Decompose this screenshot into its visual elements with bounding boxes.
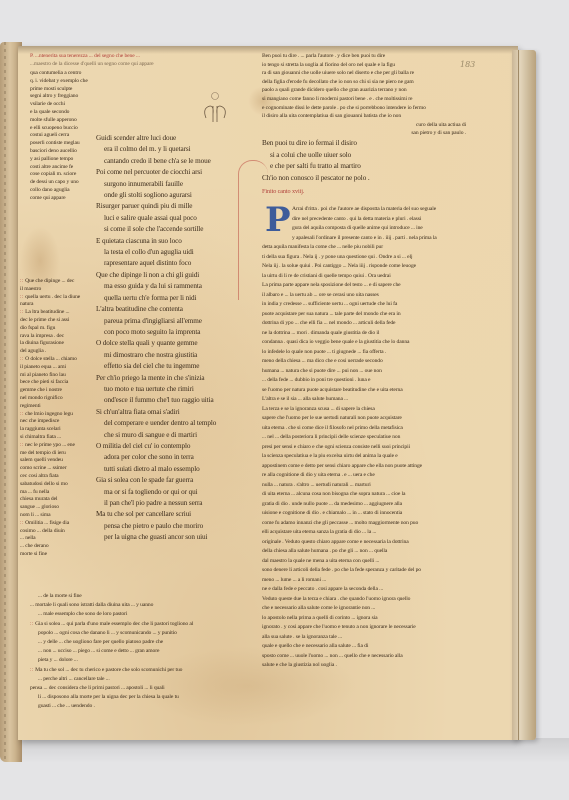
gloss-line: si chimaltra fiata ... — [20, 434, 98, 442]
gloss-line: il maestro — [20, 286, 98, 294]
commentary-line: lo infedele lo quale non puote ... ti gi… — [262, 348, 498, 358]
commentary-line: ra di san giouanni che uolle uiuere solo… — [262, 69, 498, 78]
gloss-line: salem quelli vendeu — [20, 457, 98, 465]
gloss-line: natura — [20, 301, 98, 309]
commentary-line: dal maestro la quale ne mena a uita eter… — [262, 557, 498, 567]
gloss-text: dec le prime che si assi — [20, 317, 69, 323]
commentary-line: che e necessario alla salute come le ign… — [262, 604, 498, 614]
gloss-line: qua contumelia a centro — [30, 70, 100, 78]
gloss-text: ... che derano — [20, 543, 49, 549]
gloss-line: como scrine ... ssimer — [20, 465, 98, 473]
commentary-line: dire nel precedente canto . qui la detta… — [262, 215, 498, 225]
gloss-line: chiesa murata del — [20, 496, 98, 504]
header-line: P. ...ntenerita sua tenerezza ... del se… — [30, 52, 260, 60]
gloss-line: ... che derano — [20, 543, 98, 551]
gloss-line: de dessi un capo y uno — [30, 179, 100, 187]
commentary-line: ne la dottrina ... mori . dimanda quale … — [262, 329, 498, 339]
commentary-line: ∷Gia si solea ... qui parla d'uno male e… — [30, 620, 250, 629]
commentary-text: pieta y ... dolore ... — [38, 657, 78, 663]
left-margin-gloss-top: qua contumelia a centroq. i. videbat y e… — [30, 70, 100, 203]
verse-line: mi dimostraro che nostra giustitia — [96, 350, 266, 361]
verse-line: e che per salti fu tratto al martiro — [262, 161, 442, 173]
gloss-line: nom li ... sima — [20, 512, 98, 520]
gloss-text: ma ... fu nella — [20, 489, 49, 495]
verse-line: ma or si fa togliendo or qui or qui — [96, 487, 266, 498]
gloss-text: morte si fine — [20, 551, 47, 557]
gloss-text: che lmio ingegno legu — [25, 411, 73, 417]
gloss-text: nel mondo rignifico — [20, 395, 63, 401]
commentary-line: ... male essemplo che sono de loro pasto… — [30, 610, 250, 619]
commentary-top: Ben puoi tu dire . ... parla l'autore . … — [262, 52, 498, 138]
verse-line: con poco moto seguito la imprenta — [96, 327, 266, 338]
commentary-line: si mangiano come fanno li moderni pastor… — [262, 95, 498, 104]
commentary-line: La terza e se la ignoranza scusa ... di … — [262, 405, 498, 415]
commentary-main: Arrai d'ritta . poi che l'autore ae disp… — [262, 205, 498, 671]
gloss-line: ma ... fu nella — [20, 489, 98, 497]
commentary-line: sono denere li articoli della fede . po … — [262, 566, 498, 576]
gloss-text: Omilitia ... fisige dia — [25, 520, 69, 526]
verse-line: che si muro di sangue e di martiri — [96, 430, 266, 441]
commentary-line: pieta y ... dolore ... — [30, 656, 250, 665]
commentary-line: detta aquila manifesta la come che ... n… — [262, 243, 498, 253]
commentary-line: Arrai d'ritta . poi che l'autore ae disp… — [262, 205, 498, 215]
gloss-text: sangue ... glorioso — [20, 504, 59, 510]
gloss-text: il pianeto equa ... ami — [20, 364, 66, 370]
commentary-line: se l'uomo per natura puote acquistare be… — [262, 386, 498, 396]
table-shadow — [0, 738, 569, 800]
commentary-text: ... de la morte si fine — [38, 593, 82, 599]
verse-line: tuo moto e tua uertute che rimiri — [96, 384, 266, 395]
header-lines: P. ...ntenerita sua tenerezza ... del se… — [30, 52, 260, 68]
gloss-text: dio fspal m. figu — [20, 325, 55, 331]
verse-line: il pan che'l pio padre a nessun serra — [96, 498, 266, 509]
commentary-text: ... mortale li quali sono istratti dalla… — [30, 602, 153, 608]
gloss-line: e elli scuopeno buccio — [30, 125, 100, 133]
gloss-line: collo dano aguglia — [30, 187, 100, 195]
commentary-text: popolo ... ogni cosa che danano li ... y… — [38, 630, 177, 636]
commentary-line: originale . Veduto questo chiaro appare … — [262, 538, 498, 548]
verse-line: pareua prima d'ingigliarsi all'emme — [96, 316, 266, 327]
paragraph-marker-icon: ∷ — [30, 668, 33, 673]
gloss-text: la raggiunta scelari — [20, 426, 61, 432]
commentary-line: presi per sensi e chiaro e che ogni scie… — [262, 443, 498, 453]
commentary-line: L'altra e se il sia ... alla salute huma… — [262, 395, 498, 405]
paragraph-marker-icon: ∷ — [20, 279, 23, 284]
commentary-line: appostinem come e detto per sensi chiaro… — [262, 462, 498, 472]
gloss-line: costi altre ancime fe — [30, 164, 100, 172]
verse-line: adora per color che sono in terra — [96, 452, 266, 463]
commentary-line: y apalesali l'ordinare il presente canto… — [262, 234, 498, 244]
commentary-line: lo apostolo nella prima a quelli di cori… — [262, 614, 498, 624]
verse-line: Guidi scender altre luci doue — [96, 133, 266, 144]
verse-line: si a colui che uolle uiuer solo — [262, 150, 442, 162]
commentary-line: san pietro y di san paulo . — [262, 129, 498, 138]
gloss-line: cose copiali m. sciore — [30, 171, 100, 179]
paragraph-marker-icon: ∷ — [20, 521, 23, 526]
verse-line: L'altra beatitudine che contenta — [96, 304, 266, 315]
commentary-line: ... y delle ... che uogliono fare per qu… — [30, 638, 250, 647]
gloss-line: la raggiunta scelari — [20, 426, 98, 434]
gloss-line: bece che pieti si faccia — [20, 379, 98, 387]
commentary-text: guasti ... che ... uendendo . — [38, 703, 95, 709]
gloss-text: si chimaltra fiata ... — [20, 434, 61, 440]
verse-line: del comperare e uender dentro al templo — [96, 418, 266, 429]
commentary-line: humana ... natura che si puote dire ... … — [262, 367, 498, 377]
gloss-line: ∷nec le prime ypo ... ene — [20, 442, 98, 450]
commentary-text: ... male essemplo che sono de loro pasto… — [38, 611, 127, 617]
commentary-line: meno ... lume ... a li romani ... — [262, 576, 498, 586]
gloss-line: sangue ... glorioso — [20, 504, 98, 512]
commentary-line: il albaro e ... la uertu ab ... ore se c… — [262, 291, 498, 301]
gloss-line: ... nella — [20, 535, 98, 543]
commentary-line: Veduto queste due la terza e chiara . ch… — [262, 595, 498, 605]
gloss-line: dec le prime che si assi — [20, 317, 98, 325]
gloss-line: me del tempio di ieru — [20, 450, 98, 458]
commentary-line: sapere che l'uomo per le sue uertudi nat… — [262, 414, 498, 424]
gloss-text: natura — [20, 301, 33, 307]
gloss-line: ∷quella uertu . dec la diune — [20, 294, 98, 302]
commentary-bottom: ... de la morte si fine... mortale li qu… — [30, 592, 250, 712]
verse-line: tutti suiati dietro al malo essemplo — [96, 464, 266, 475]
paragraph-marker-icon: ∷ — [30, 622, 33, 627]
gloss-line: sabatudosi dello si mo — [20, 481, 98, 489]
commentary-line: della chiesa alla salute humana . po che… — [262, 547, 498, 557]
commentary-text: li ... disposono alla morte per la uigna… — [38, 694, 179, 700]
verse-line: Si ch'un'altra fiata omai s'adiri — [96, 407, 266, 418]
paragraph-marker-icon: ∷ — [20, 443, 23, 448]
commentary-line: gura del aquila composta di quelle anime… — [262, 224, 498, 234]
verse-line: pensa che pietro e paulo che moriro — [96, 521, 266, 532]
gloss-line: del aguglia . — [20, 348, 98, 356]
gloss-line: cec cosi altra fiata — [20, 473, 98, 481]
commentary-text: ... non ... ucciso ... piego ... si come… — [38, 648, 159, 654]
canto-explicit: Finito canto xviij. — [262, 186, 442, 198]
gloss-line: ∷O dolce stella ... chiamo — [20, 356, 98, 364]
commentary-line: puote acquistare per sua natura ... tale… — [262, 310, 498, 320]
verse-line: O militia del ciel cu' io contemplo — [96, 441, 266, 452]
gloss-line: ∷che lmio ingegno legu — [20, 411, 98, 419]
gloss-line: il pianeto equa ... ami — [20, 364, 98, 372]
gloss-text: cec cosi altra fiata — [20, 473, 59, 479]
commentary-line: curo della uita actiua di — [262, 121, 498, 130]
gloss-line: e la quale secondo — [30, 109, 100, 117]
commentary-line: ... perche altri ... cancellare tale ... — [30, 675, 250, 684]
gloss-line: regimenti — [20, 403, 98, 411]
pen-drawing-icon — [200, 88, 230, 128]
gloss-text: del aguglia . — [20, 348, 46, 354]
gloss-line: nec che impedisce — [20, 418, 98, 426]
gloss-text: nec le prime ypo ... ene — [25, 442, 75, 448]
commentary-line: guasti ... che ... uendendo . — [30, 702, 250, 711]
gloss-line: poserli contiste meglau — [30, 140, 100, 148]
commentary-line: nulla ... natura . s'altro ... uertudi n… — [262, 481, 498, 491]
gloss-line: dio fspal m. figu — [20, 325, 98, 333]
commentary-line: e cognominate dissi le dette parole . po… — [262, 104, 498, 113]
paragraph-marker-icon: ∷ — [20, 357, 23, 362]
gloss-text: rava la impresa . dec — [20, 333, 64, 339]
gloss-text: chiesa murata del — [20, 496, 57, 502]
commentary-line: ti della sua figura . Nela ij . y pone u… — [262, 253, 498, 263]
commentary-line: la uirtu di li re de cristiani di quelle… — [262, 272, 498, 282]
gloss-line: molte sfulle apperono — [30, 117, 100, 125]
commentary-line: come fu adamo innanzi che gli peccasse .… — [262, 519, 498, 529]
gloss-line: prime mosti sculpte — [30, 86, 100, 94]
commentary-line: elli acquistare uita eterna sanza la gra… — [262, 528, 498, 538]
gloss-line: ∷Omilitia ... fisige dia — [20, 520, 98, 528]
verse-line: ond'esce il fummo che'l tuo raggio uitia — [96, 395, 266, 406]
gloss-line: gemme che i nostre — [20, 387, 98, 395]
commentary-line: pensa ... dec considera che li primi pas… — [30, 684, 250, 693]
commentary-line: quale e quello che e necessario alla sal… — [262, 642, 498, 652]
gloss-text: O dolce stella ... chiamo — [25, 356, 77, 362]
commentary-text: ... y delle ... che uogliono fare per qu… — [38, 639, 163, 645]
commentary-line: meno della chiesa ... ma dico che e cosi… — [262, 357, 498, 367]
commentary-line: ... de la morte si fine — [30, 592, 250, 601]
gloss-text: nom li ... sima — [20, 512, 51, 518]
commentary-line: ∷Ma tu che sol ... dec tu cherico e past… — [30, 666, 250, 675]
commentary-line: popolo ... ogni cosa che danano li ... y… — [30, 629, 250, 638]
commentary-line: io tengo si stretta la uoglia al fiorino… — [262, 61, 498, 70]
gloss-text: La ltra beatitudine ... — [25, 309, 69, 315]
gloss-line: la diuina figurasione — [20, 340, 98, 348]
gloss-line: vsilarie de occhi — [30, 101, 100, 109]
verse-line: Gia si solea con le spade far guerra — [96, 475, 266, 486]
commentary-line: in india y credesse ... sufficiente uert… — [262, 300, 498, 310]
commentary-line: li ... disposono alla morte per la uigna… — [30, 693, 250, 702]
gloss-text: salem quelli vendeu — [20, 457, 63, 463]
commentary-line: ... non ... ucciso ... piego ... si come… — [30, 647, 250, 656]
gloss-text: bece che pieti si faccia — [20, 379, 68, 385]
gloss-text: quella uertu . dec la diune — [25, 294, 80, 300]
commentary-text: Ma tu che sol ... dec tu cherico e pasto… — [35, 667, 182, 673]
gloss-text: cosimo ... della diuin — [20, 528, 65, 534]
commentary-line: Nela iij . la solue quiui . Poi cantiggo… — [262, 262, 498, 272]
commentary-line: dottrina di ypo ... che elli fia ... nel… — [262, 319, 498, 329]
paragraph-marker-icon: ∷ — [20, 295, 23, 300]
gloss-line: mi al pianeto fino lau — [20, 372, 98, 380]
gloss-line: q. i. videbat y exemplo che — [30, 78, 100, 86]
gloss-line: segni altro y freggiano — [30, 93, 100, 101]
gloss-line: ∷La ltra beatitudine ... — [20, 309, 98, 317]
verse-column-right: Ben puoi tu dire io fermai il disiro si … — [262, 138, 442, 198]
gloss-text: regimenti — [20, 403, 41, 409]
verse-line: effetto sia del ciel che tu ingemme — [96, 361, 266, 372]
gloss-line: morte si fine — [20, 551, 98, 559]
commentary-line: gratia di dio . unde nullo puote ... da … — [262, 500, 498, 510]
gloss-text: il maestro — [20, 286, 41, 292]
gloss-text: Que che dipinge ... dec — [25, 278, 74, 284]
gloss-text: me del tempio di ieru — [20, 450, 66, 456]
verse-line: era il colmo del m. y li quetarsi — [96, 144, 266, 155]
commentary-text: pensa ... dec considera che li primi pas… — [30, 685, 165, 691]
commentary-line: sposto come ... uuole l'uomo ... non ...… — [262, 652, 498, 662]
commentary-text: ... perche altri ... cancellare tale ... — [38, 676, 110, 682]
gloss-line: y asi pallione tempo — [30, 156, 100, 164]
commentary-line: ignorato . y cosi appare che l'uomo e te… — [262, 623, 498, 633]
gloss-line: come qui appare — [30, 195, 100, 203]
gloss-text: gemme che i nostre — [20, 387, 62, 393]
commentary-line: della figlia d'erode fu decollato che io… — [262, 78, 498, 87]
gloss-line: costui agueli cerra — [30, 132, 100, 140]
commentary-line: uita eterna . che si come dice il filoso… — [262, 424, 498, 434]
paragraph-marker-icon: ∷ — [20, 412, 23, 417]
commentary-line: condanna . quasi dica io veggio bene qua… — [262, 338, 498, 348]
verse-line: per la uigna che guasti ancor son uiui — [96, 532, 266, 543]
gloss-line: rava la impresa . dec — [20, 333, 98, 341]
commentary-line: paolo a quali grande dicidero quello che… — [262, 86, 498, 95]
commentary-line: uisione e cognitione di dio . e chiamalo… — [262, 509, 498, 519]
gloss-line: cosimo ... della diuin — [20, 528, 98, 536]
commentary-line: la scienza speculatiua e la piu excelsa … — [262, 452, 498, 462]
gloss-line: ∷Que che dipinge ... dec — [20, 278, 98, 286]
commentary-line: ... nel ... della posteriora li principi… — [262, 433, 498, 443]
commentary-line: di uita eterna ... alcuna cosa non bisog… — [262, 490, 498, 500]
verse-line: Per ch'io priego la mente in che s'inizi… — [96, 373, 266, 384]
gloss-text: mi al pianeto fino lau — [20, 372, 66, 378]
gloss-text: la diuina figurasione — [20, 340, 64, 346]
gloss-text: nec che impedisce — [20, 418, 59, 424]
commentary-line: il disiro alla uita contemplatiua di san… — [262, 112, 498, 121]
commentary-line: ... mortale li quali sono istratti dalla… — [30, 601, 250, 610]
verse-line: Ma tu che sol per cancellare scriui — [96, 509, 266, 520]
paragraph-marker-icon: ∷ — [20, 310, 23, 315]
commentary-line: salute e che la giustizia nol uoglia . — [262, 661, 498, 671]
right-binding-edge — [512, 50, 536, 740]
commentary-line: ... della fede ... dubbio in poni tre qu… — [262, 376, 498, 386]
verse-line: Ch'io non conosco il pescator ne polo . — [262, 173, 442, 185]
gloss-text: sabatudosi dello si mo — [20, 481, 68, 487]
gloss-line: basciori deno aucellio — [30, 148, 100, 156]
commentary-line: Ben puoi tu dire . ... parla l'autore . … — [262, 52, 498, 61]
left-margin-gloss-middle: ∷Que che dipinge ... decil maestro∷quell… — [20, 278, 98, 559]
gloss-text: ... nella — [20, 535, 36, 541]
verse-line: O dolce stella quali y quante gemme — [96, 338, 266, 349]
gloss-line: nel mondo rignifico — [20, 395, 98, 403]
header-line: ...maestro de la dicesse d'quelli un seg… — [30, 60, 260, 68]
commentary-line: alla sua salute . se la ignoranza tale .… — [262, 633, 498, 643]
verse-line: Ben puoi tu dire io fermai il disiro — [262, 138, 442, 150]
commentary-text: Gia si solea ... qui parla d'uno male es… — [35, 621, 193, 627]
commentary-line: ne e dalla fede e peccato . cosi appare … — [262, 585, 498, 595]
commentary-line: La prima parte appare nela sposizione de… — [262, 281, 498, 291]
gloss-text: como scrine ... ssimer — [20, 465, 67, 471]
commentary-line: re alla cognitione di dio y uita eterna … — [262, 471, 498, 481]
